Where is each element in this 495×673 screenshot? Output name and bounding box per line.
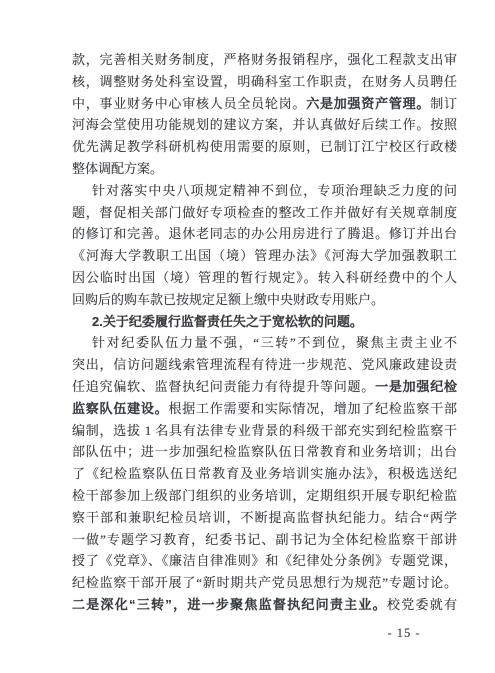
text-line: 2.关于纪委履行监督责任失之于宽松软的问题。 (72, 311, 457, 333)
text-line: 一做”专题学习教育，纪委书记、副书记为全体纪检监察干部讲 (72, 529, 457, 551)
text-line: 任追究偏软、监督执纪问责能力有待提升等问题。一是加强纪检 (72, 376, 457, 398)
text-segment: 针对落实中央八项规定精神不到位，专项治理缺乏力度的问 (92, 183, 457, 198)
text-segment: 针对纪委队伍力量不强，“三转”不到位，聚焦主责主业不 (92, 335, 457, 350)
text-segment: 授了《党章》、《廉洁自律准则》和《纪律处分条例》专题党课， (72, 553, 457, 568)
text-segment: 部队伍中；进一步加强纪检监察队伍日常教育和业务培训；出台 (72, 444, 457, 459)
text-segment: 2.关于纪委履行监督责任失之于宽松软的问题。 (92, 314, 363, 329)
text-segment: 六是加强资产管理。 (306, 96, 430, 111)
text-line: 款，完善相关财务制度，严格财务报销程序，强化工程款支出审 (72, 49, 457, 71)
text-segment: 整体调配方案。 (72, 161, 163, 176)
text-segment: 监察队伍建设。 (72, 401, 168, 416)
text-line: 了《纪检监察队伍日常教育及业务培训实施办法》，积极选送纪 (72, 463, 457, 485)
text-segment: 制订 (430, 96, 457, 111)
text-segment: 《河海大学教职工出国（境）管理办法》《河海大学加强教职工 (72, 248, 457, 263)
text-segment: 河海会堂使用功能规划的建议方案，并认真做好后续工作。按照 (72, 117, 457, 132)
text-line: 河海会堂使用功能规划的建议方案，并认真做好后续工作。按照 (72, 114, 457, 136)
text-segment: 察干部和兼职纪检员培训，不断提高监督执纪能力。结合“两学 (72, 510, 457, 525)
text-line: 因公临时出国（境）管理的暂行规定》。转入科研经费中的个人 (72, 267, 457, 289)
text-line: 回购后的购车款已按规定足额上缴中央财政专用账户。 (72, 289, 457, 311)
text-line: 纪检监察干部开展了“新时期共产党员思想行为规范”专题讨论。 (72, 572, 457, 594)
text-line: 针对落实中央八项规定精神不到位，专项治理缺乏力度的问 (72, 180, 457, 202)
text-line: 授了《党章》、《廉洁自律准则》和《纪律处分条例》专题党课， (72, 550, 457, 572)
text-line: 的修订和完善。退休老同志的办公用房进行了腾退。修订并出台 (72, 223, 457, 245)
text-line: 针对纪委队伍力量不强，“三转”不到位，聚焦主责主业不 (72, 332, 457, 354)
document-page: 款，完善相关财务制度，严格财务报销程序，强化工程款支出审核，调整财务处科室设置，… (0, 0, 495, 673)
text-segment: 了《纪检监察队伍日常教育及业务培训实施办法》，积极选送纪 (72, 466, 457, 481)
text-line: 部队伍中；进一步加强纪检监察队伍日常教育和业务培训；出台 (72, 441, 457, 463)
text-segment: 二是深化“三转”，进一步聚焦监督执纪问责主业。 (72, 597, 387, 612)
text-segment: 题，督促相关部门做好专项检查的整改工作并做好有关规章制度 (72, 205, 457, 220)
text-line: 优先满足教学科研机构使用需要的原则，已制订江宁校区行政楼 (72, 136, 457, 158)
text-segment: 校党委就有 (387, 597, 457, 612)
text-line: 突出，信访问题线索管理流程有待进一步规范、党风廉政建设责 (72, 354, 457, 376)
text-segment: 核，调整财务处科室设置，明确科室工作职责，在财务人员聘任 (72, 74, 457, 89)
text-segment: 因公临时出国（境）管理的暂行规定》。转入科研经费中的个人 (72, 270, 457, 285)
text-segment: 优先满足教学科研机构使用需要的原则，已制订江宁校区行政楼 (72, 139, 457, 154)
text-line: 察干部和兼职纪检员培训，不断提高监督执纪能力。结合“两学 (72, 507, 457, 529)
text-segment: 编制，选拔 1 名具有法律专业背景的科级干部充实到纪检监察干 (72, 423, 457, 438)
document-body-text: 款，完善相关财务制度，严格财务报销程序，强化工程款支出审核，调整财务处科室设置，… (72, 49, 457, 616)
text-line: 检干部参加上级部门组织的业务培训，定期组织开展专职纪检监 (72, 485, 457, 507)
text-segment: 纪检监察干部开展了“新时期共产党员思想行为规范”专题讨论。 (72, 575, 457, 590)
text-segment: 突出，信访问题线索管理流程有待进一步规范、党风廉政建设责 (72, 357, 457, 372)
text-segment: 检干部参加上级部门组织的业务培训，定期组织开展专职纪检监 (72, 488, 457, 503)
text-line: 核，调整财务处科室设置，明确科室工作职责，在财务人员聘任 (72, 71, 457, 93)
text-line: 中，事业财务中心审核人员全员轮岗。六是加强资产管理。制订 (72, 93, 457, 115)
text-segment: 一做”专题学习教育，纪委书记、副书记为全体纪检监察干部讲 (72, 532, 457, 547)
text-line: 二是深化“三转”，进一步聚焦监督执纪问责主业。校党委就有 (72, 594, 457, 616)
text-segment: 的修订和完善。退休老同志的办公用房进行了腾退。修订并出台 (72, 226, 457, 241)
text-segment: 回购后的购车款已按规定足额上缴中央财政专用账户。 (72, 292, 384, 307)
text-segment: 任追究偏软、监督执纪问责能力有待提升等问题。 (72, 379, 375, 394)
text-segment: 中，事业财务中心审核人员全员轮岗。 (72, 96, 306, 111)
text-line: 监察队伍建设。根据工作需要和实际情况，增加了纪检监察干部 (72, 398, 457, 420)
text-segment: 根据工作需要和实际情况，增加了纪检监察干部 (168, 401, 457, 416)
text-segment: 款，完善相关财务制度，严格财务报销程序，强化工程款支出审 (72, 52, 457, 67)
text-segment: 一是加强纪检 (375, 379, 457, 394)
text-line: 题，督促相关部门做好专项检查的整改工作并做好有关规章制度 (72, 202, 457, 224)
page-number: - 15 - (381, 626, 427, 641)
text-line: 整体调配方案。 (72, 158, 457, 180)
text-line: 《河海大学教职工出国（境）管理办法》《河海大学加强教职工 (72, 245, 457, 267)
text-line: 编制，选拔 1 名具有法律专业背景的科级干部充实到纪检监察干 (72, 420, 457, 442)
